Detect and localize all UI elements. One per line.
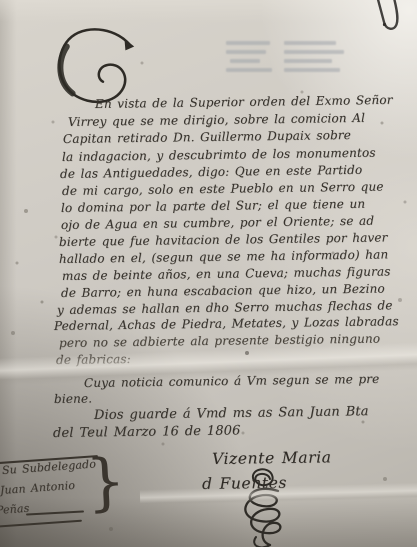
manuscript-line: Pedernal, Achas de Piedra, Metates, y Lo… — [54, 314, 399, 333]
manuscript-line: la indagacion, y descubrimto de los monu… — [62, 146, 376, 164]
marginal-note-brace: } — [84, 450, 127, 514]
manuscript-line: de Barro; en huna escabacion que hizo, u… — [61, 281, 385, 300]
paper-speckles — [0, 0, 2, 2]
manuscript-line: Virrey que se me dirigio, sobre la comic… — [68, 111, 365, 129]
manuscript-line: bierte que fue havitacion de los Gentile… — [59, 230, 388, 249]
marginal-note-underline — [26, 510, 84, 515]
manuscript-line: pero no se adbierte ala presente bestigi… — [59, 332, 380, 350]
manuscript-line: hallado en el, (segun que se me ha infor… — [59, 247, 388, 266]
marginal-note-box-bottom — [0, 520, 82, 528]
signature-rubric-icon — [236, 467, 298, 547]
closing-line: Dios guarde á Vmd ms as San Juan Bta — [94, 404, 369, 423]
manuscript-line: mas de beinte años, en una Cueva; muchas… — [62, 264, 391, 283]
manuscript-line: de las Antiguedades, digo: Que en este P… — [60, 163, 363, 181]
bleed-through-stamp — [226, 41, 348, 81]
paperclip-icon — [368, 0, 416, 44]
manuscript-line: de fabricas: — [56, 352, 131, 367]
date-line: del Teul Marzo 16 de 1806 — [53, 423, 241, 441]
manuscript-line: ojo de Agua en su cumbre, por el Oriente… — [61, 214, 374, 232]
manuscript-line: En vista de la Superior orden del Exmo S… — [95, 93, 393, 111]
manuscript-line: lo domina por la parte del Sur; el que t… — [61, 197, 365, 215]
manuscript-line: biene. — [54, 391, 92, 406]
signature-name: Vizente Maria — [212, 448, 332, 468]
manuscript-photo: En vista de la Superior orden del Exmo S… — [0, 0, 417, 547]
marginal-note-line: Juan Antonio — [0, 479, 76, 497]
manuscript-line: Capitan retirado Dn. Guillermo Dupaix so… — [63, 128, 351, 146]
manuscript-line: Cuya noticia comunico á Vm segun se me p… — [84, 372, 380, 390]
manuscript-line: de mi cargo, solo en este Pueblo en un S… — [62, 180, 384, 198]
